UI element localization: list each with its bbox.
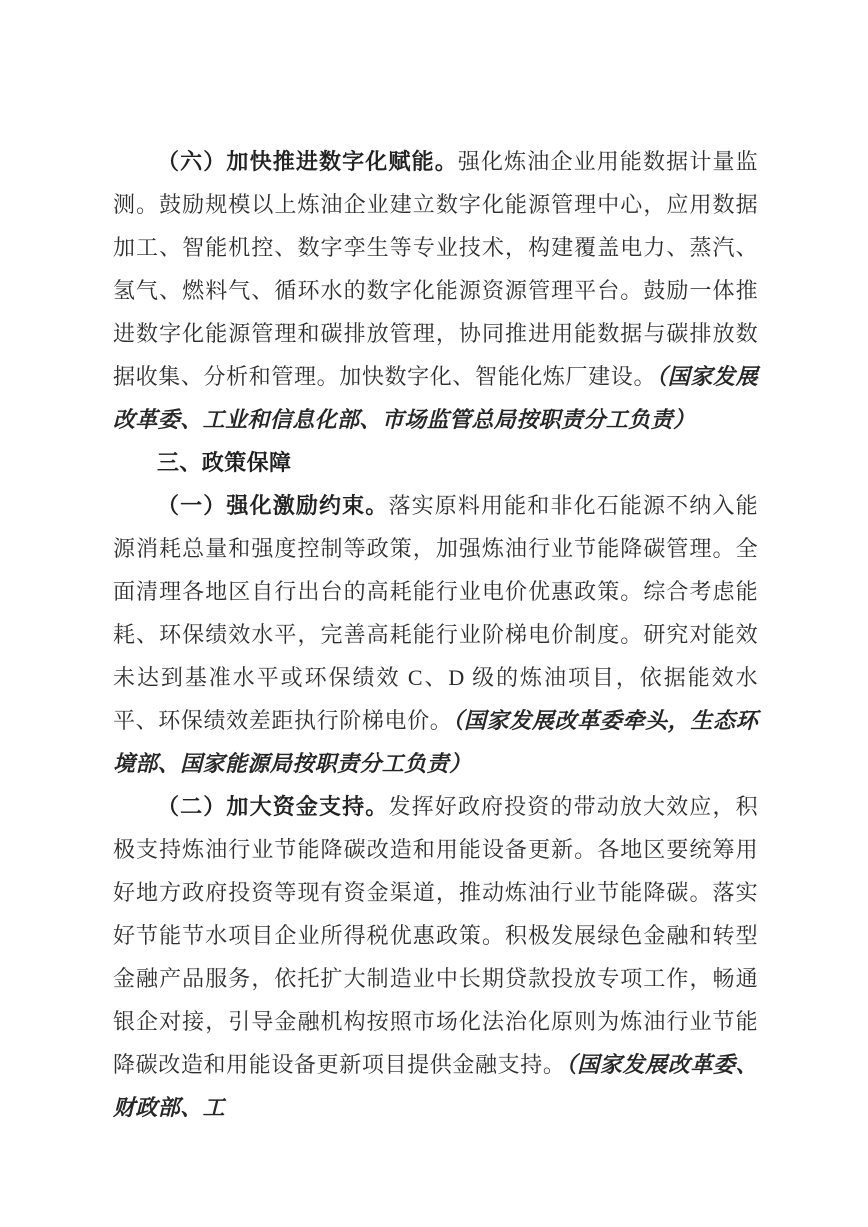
paragraph-item-6-lead: （六）加快推进数字化赋能。	[157, 149, 458, 174]
paragraph-item-2-funding: （二）加大资金支持。发挥好政府投资的带动放大效应，积极支持炼油行业节能降碳改造和…	[113, 785, 758, 1129]
document-page: （六）加快推进数字化赋能。强化炼油企业用能数据计量监测。鼓励规模以上炼油企业建立…	[0, 0, 868, 1227]
document-text-block: （六）加快推进数字化赋能。强化炼油企业用能数据计量监测。鼓励规模以上炼油企业建立…	[113, 140, 758, 1129]
paragraph-item-1-text: 落实原料用能和非化石能源不纳入能源消耗总量和强度控制等政策，加强炼油行业节能降碳…	[113, 493, 758, 733]
paragraph-item-6-digitalization: （六）加快推进数字化赋能。强化炼油企业用能数据计量监测。鼓励规模以上炼油企业建立…	[113, 140, 758, 441]
paragraph-item-1-lead: （一）强化激励约束。	[157, 493, 388, 518]
paragraph-item-2-text: 发挥好政府投资的带动放大效应，积极支持炼油行业节能降碳改造和用能设备更新。各地区…	[113, 794, 758, 1077]
paragraph-item-1-incentives: （一）强化激励约束。落实原料用能和非化石能源不纳入能源消耗总量和强度控制等政策，…	[113, 484, 758, 785]
section-heading-policy-support: 三、政策保障	[113, 441, 758, 484]
paragraph-item-2-lead: （二）加大资金支持。	[157, 794, 388, 819]
paragraph-item-6-text: 强化炼油企业用能数据计量监测。鼓励规模以上炼油企业建立数字化能源管理中心，应用数…	[113, 149, 758, 389]
